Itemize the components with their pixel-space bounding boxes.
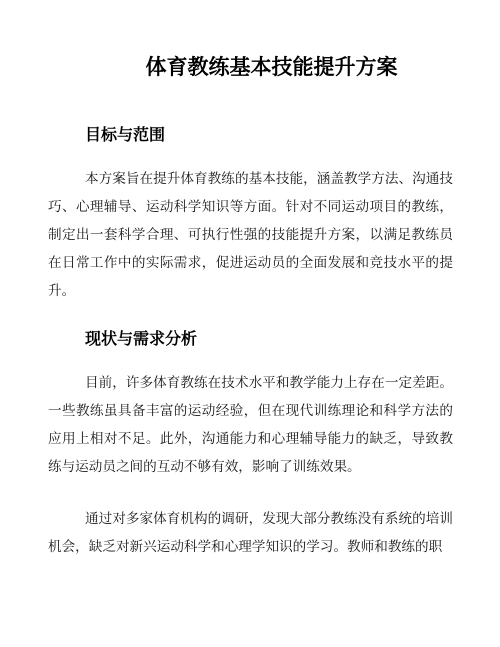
- document-page: 体育教练基本技能提升方案 目标与范围 本方案旨在提升体育教练的基本技能，涵盖教学…: [0, 0, 500, 647]
- paragraph-goals-scope: 本方案旨在提升体育教练的基本技能，涵盖教学方法、沟通技巧、心理辅导、运动科学知识…: [48, 165, 453, 305]
- paragraph-status-analysis: 目前，许多体育教练在技术水平和教学能力上存在一定差距。一些教练虽具备丰富的运动经…: [48, 369, 453, 481]
- section-heading-status-needs-analysis: 现状与需求分析: [85, 329, 453, 351]
- section-heading-goals-scope: 目标与范围: [85, 125, 453, 147]
- document-title: 体育教练基本技能提升方案: [48, 52, 453, 84]
- paragraph-survey-findings: 通过对多家体育机构的调研，发现大部分教练没有系统的培训机会，缺乏对新兴运动科学和…: [48, 505, 453, 561]
